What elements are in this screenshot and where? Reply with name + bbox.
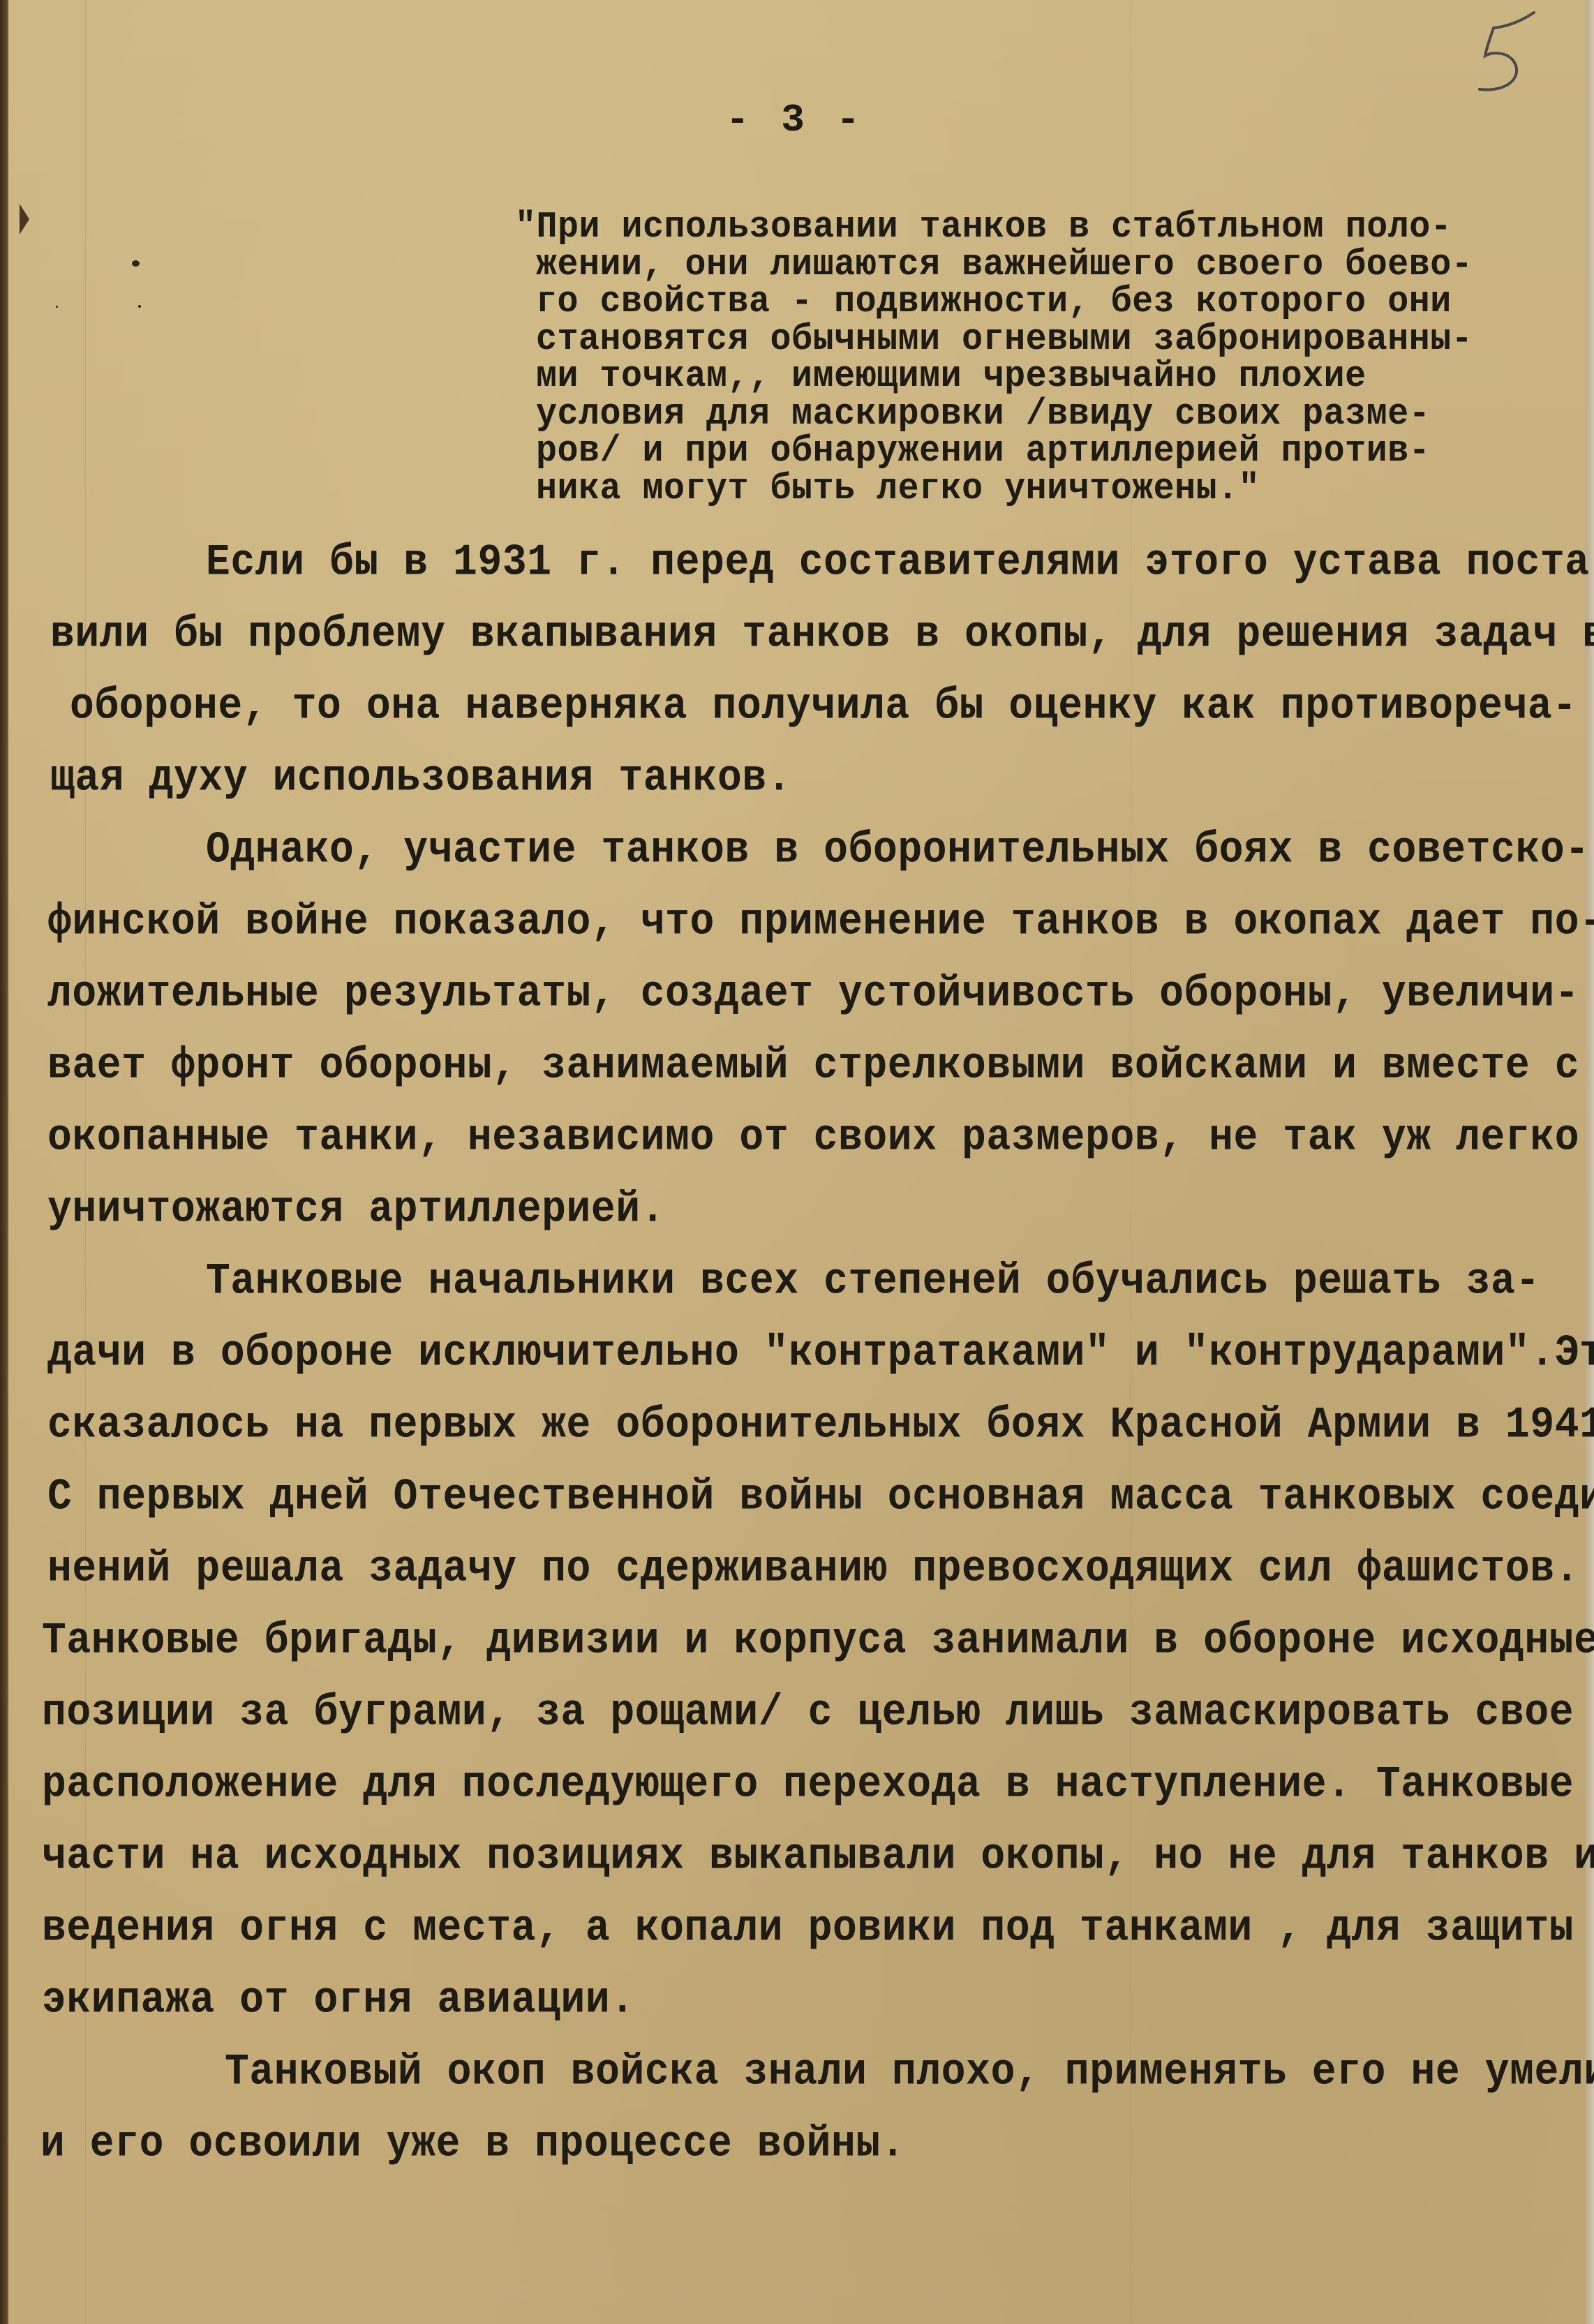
paragraph-1-line: обороне, то она наверняка получила бы оц…	[70, 685, 1577, 730]
quote-line: условия для маскировки /ввиду своих разм…	[515, 395, 1590, 434]
paragraph-2-line: Однако, участие танков в оборонительных …	[206, 828, 1590, 874]
paragraph-3-line: Танковые начальники всех степеней обучал…	[206, 1260, 1540, 1305]
paragraph-1-line: щая духу использования танков.	[50, 757, 791, 802]
paragraph-3-line: нений решала задачу по сдерживанию прево…	[47, 1547, 1579, 1593]
paragraph-3-line: расположение для последующего перехода в…	[42, 1763, 1574, 1808]
quote-line: жении, они лишаются важнейшего своего бо…	[515, 246, 1590, 285]
paragraph-2-line: вает фронт обороны, занимаемый стрелковы…	[47, 1044, 1594, 1089]
ink-speck	[56, 306, 58, 308]
paragraph-2-line: уничтожаются артиллерией.	[47, 1188, 665, 1233]
paragraph-1-line: вили бы проблему вкапывания танков в око…	[50, 613, 1594, 658]
paragraph-4-line: Танковый окоп войска знали плохо, примен…	[225, 2050, 1594, 2096]
page-number: - 3 -	[726, 98, 864, 142]
quote-line: ми точкам,, имеющими чрезвычайно плохие	[515, 357, 1590, 396]
paragraph-3-line: С первых дней Отечественной войны основн…	[47, 1475, 1594, 1521]
binding-edge	[0, 0, 8, 2324]
tear-mark-icon	[20, 204, 29, 234]
paragraph-2-line: окопанные танки, независимо от своих раз…	[47, 1116, 1579, 1161]
quote-line: го свойства - подвижности, без которого …	[515, 283, 1590, 322]
paragraph-3-line: Танковые бригады, дивизии и корпуса зани…	[42, 1619, 1594, 1664]
paragraph-3-line: ведения огня с места, а копали ровики по…	[42, 1907, 1574, 1952]
paragraph-3-line: экипажа от огня авиации.	[42, 1979, 635, 2024]
paragraph-2-line: финской войне показало, что применение т…	[47, 900, 1594, 946]
paragraph-3-line: части на исходных позициях выкапывали ок…	[42, 1835, 1594, 1880]
quote-line: ров/ и при обнаружении артиллерией проти…	[515, 432, 1590, 471]
quote-line: становятся обычными огневыми забронирова…	[515, 320, 1590, 359]
quote-line: ника могут быть легко уничтожены."	[515, 470, 1590, 509]
handwritten-folio-number-icon	[1452, 7, 1542, 98]
paragraph-3-line: сказалось на первых же оборонительных бо…	[47, 1403, 1594, 1449]
ink-speck	[138, 305, 141, 308]
paragraph-3-line: позиции за буграми, за рощами/ с целью л…	[42, 1691, 1574, 1736]
paragraph-2-line: ложительные результаты, создает устойчив…	[47, 972, 1579, 1018]
quoted-regulation-excerpt: "При использовании танков в стабтльном п…	[515, 208, 1590, 507]
quote-line: "При использовании танков в стабтльном п…	[515, 208, 1590, 247]
paragraph-4-line: и его освоили уже в процессе войны.	[40, 2122, 905, 2168]
paragraph-1-line: Если бы в 1931 г. перед составителями эт…	[206, 541, 1594, 586]
paragraph-3-line: дачи в обороне исключительно "контратака…	[47, 1332, 1594, 1377]
ink-speck	[132, 260, 140, 267]
